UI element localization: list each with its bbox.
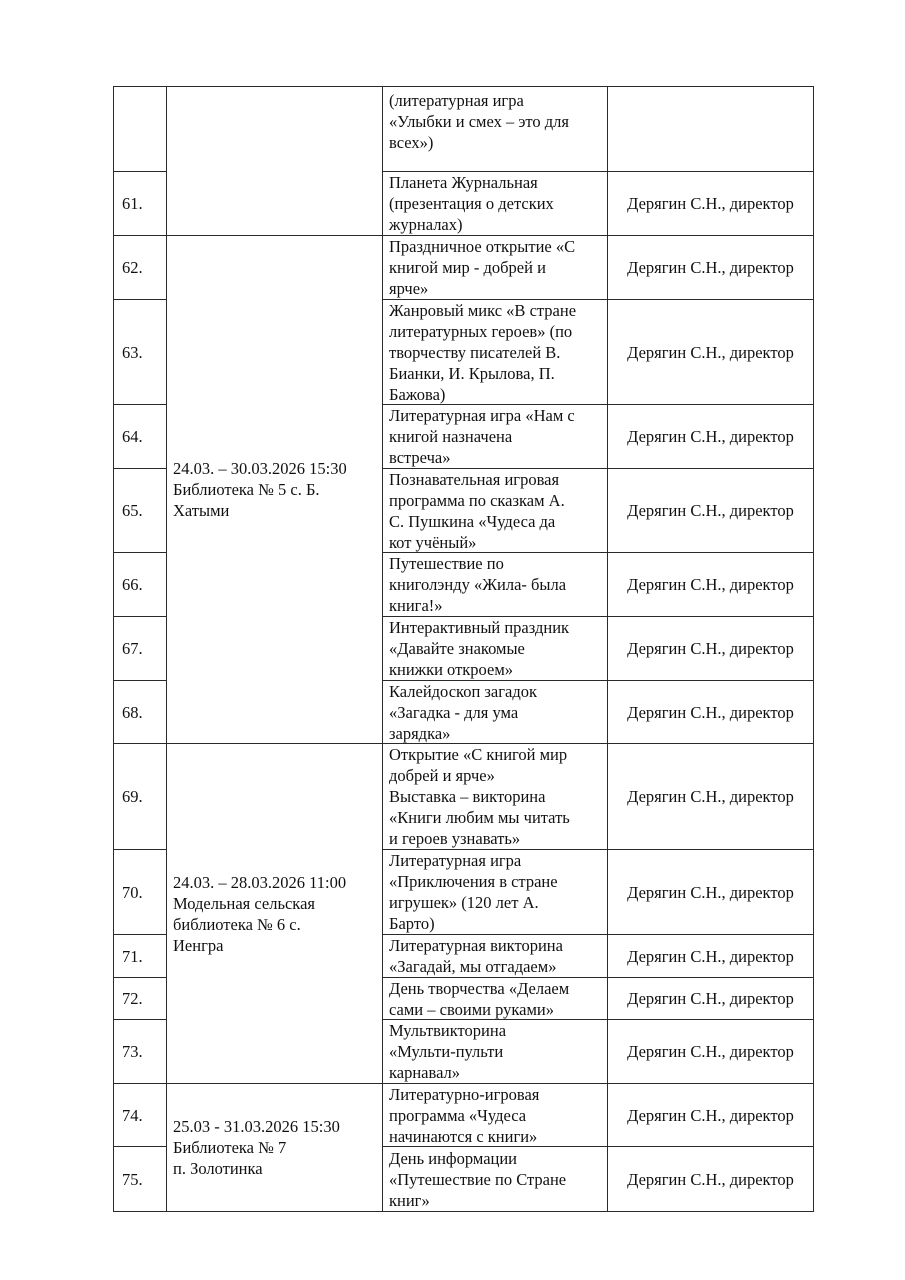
responsible-cell: Дерягин С.Н., директор [607, 1146, 814, 1212]
event-cell-text: Калейдоскоп загадок «Загадка - для ума з… [389, 681, 537, 744]
place-date-cell-text: 25.03 - 31.03.2026 15:30 Библиотека № 7 … [173, 1116, 340, 1179]
event-cell-text: Планета Журнальная (презентация о детски… [389, 172, 554, 235]
responsible-cell: Дерягин С.Н., директор [607, 171, 814, 236]
event-cell-text: Литературная викторина «Загадай, мы отга… [389, 935, 563, 977]
responsible-cell: Дерягин С.Н., директор [607, 235, 814, 300]
event-cell: Мультвикторина «Мульти-пульти карнавал» [382, 1019, 608, 1084]
event-cell-text: Мультвикторина «Мульти-пульти карнавал» [389, 1020, 506, 1083]
row-number-cell-text: 75. [122, 1169, 143, 1190]
event-cell: Литературно-игровая программа «Чудеса на… [382, 1083, 608, 1147]
event-cell-text: День информации «Путешествие по Стране к… [389, 1148, 566, 1211]
event-cell-text: Познавательная игровая программа по сказ… [389, 469, 565, 553]
event-cell: Литературная игра «Нам с книгой назначен… [382, 404, 608, 469]
row-number-cell [113, 86, 167, 172]
event-cell: Литературная игра «Приключения в стране … [382, 849, 608, 935]
responsible-cell: Дерягин С.Н., директор [607, 1019, 814, 1084]
row-number-cell: 73. [113, 1019, 167, 1084]
event-cell: Открытие «С книгой мир добрей и ярче» Вы… [382, 743, 608, 850]
event-cell: Планета Журнальная (презентация о детски… [382, 171, 608, 236]
responsible-cell: Дерягин С.Н., директор [607, 616, 814, 681]
event-cell: Путешествие по книголэнду «Жила- была кн… [382, 552, 608, 617]
event-cell: Жанровый микс «В стране литературных гер… [382, 299, 608, 405]
responsible-cell: Дерягин С.Н., директор [607, 977, 814, 1020]
event-cell: Калейдоскоп загадок «Загадка - для ума з… [382, 680, 608, 744]
place-date-cell-text: 24.03. – 30.03.2026 15:30 Библиотека № 5… [173, 458, 347, 521]
responsible-cell [607, 86, 814, 172]
row-number-cell-text: 63. [122, 342, 143, 363]
place-date-cell-text: 24.03. – 28.03.2026 11:00 Модельная сель… [173, 872, 346, 956]
responsible-cell-text: Дерягин С.Н., директор [627, 638, 794, 659]
responsible-cell-text: Дерягин С.Н., директор [627, 1169, 794, 1190]
row-number-cell: 75. [113, 1146, 167, 1212]
responsible-cell: Дерягин С.Н., директор [607, 404, 814, 469]
responsible-cell: Дерягин С.Н., директор [607, 934, 814, 978]
responsible-cell: Дерягин С.Н., директор [607, 1083, 814, 1147]
responsible-cell-text: Дерягин С.Н., директор [627, 574, 794, 595]
responsible-cell-text: Дерягин С.Н., директор [627, 702, 794, 723]
row-number-cell-text: 68. [122, 702, 143, 723]
event-cell-text: Путешествие по книголэнду «Жила- была кн… [389, 553, 566, 616]
row-number-cell: 74. [113, 1083, 167, 1147]
event-cell: (литературная игра «Улыбки и смех – это … [382, 86, 608, 172]
event-cell-text: Интерактивный праздник «Давайте знакомые… [389, 617, 569, 680]
event-cell: Познавательная игровая программа по сказ… [382, 468, 608, 553]
responsible-cell-text: Дерягин С.Н., директор [627, 342, 794, 363]
responsible-cell: Дерягин С.Н., директор [607, 849, 814, 935]
row-number-cell: 67. [113, 616, 167, 681]
place-date-cell: 24.03. – 28.03.2026 11:00 Модельная сель… [166, 743, 383, 1084]
row-number-cell-text: 64. [122, 426, 143, 447]
event-cell-text: Литературно-игровая программа «Чудеса на… [389, 1084, 539, 1147]
row-number-cell-text: 70. [122, 882, 143, 903]
event-cell: День творчества «Делаем сами – своими ру… [382, 977, 608, 1020]
responsible-cell: Дерягин С.Н., директор [607, 552, 814, 617]
responsible-cell-text: Дерягин С.Н., директор [627, 786, 794, 807]
responsible-cell: Дерягин С.Н., директор [607, 743, 814, 850]
row-number-cell: 63. [113, 299, 167, 405]
row-number-cell-text: 73. [122, 1041, 143, 1062]
row-number-cell: 61. [113, 171, 167, 236]
responsible-cell-text: Дерягин С.Н., директор [627, 1105, 794, 1126]
row-number-cell: 69. [113, 743, 167, 850]
row-number-cell: 71. [113, 934, 167, 978]
row-number-cell: 66. [113, 552, 167, 617]
event-cell: Литературная викторина «Загадай, мы отга… [382, 934, 608, 978]
responsible-cell: Дерягин С.Н., директор [607, 468, 814, 553]
event-cell: Интерактивный праздник «Давайте знакомые… [382, 616, 608, 681]
row-number-cell-text: 65. [122, 500, 143, 521]
row-number-cell-text: 61. [122, 193, 143, 214]
event-cell: День информации «Путешествие по Стране к… [382, 1146, 608, 1212]
row-number-cell: 65. [113, 468, 167, 553]
row-number-cell-text: 66. [122, 574, 143, 595]
row-number-cell: 70. [113, 849, 167, 935]
responsible-cell-text: Дерягин С.Н., директор [627, 882, 794, 903]
responsible-cell-text: Дерягин С.Н., директор [627, 257, 794, 278]
responsible-cell: Дерягин С.Н., директор [607, 680, 814, 744]
event-cell-text: Открытие «С книгой мир добрей и ярче» Вы… [389, 744, 570, 849]
event-cell-text: Литературная игра «Приключения в стране … [389, 850, 558, 934]
row-number-cell-text: 71. [122, 946, 143, 967]
responsible-cell: Дерягин С.Н., директор [607, 299, 814, 405]
document-page: (литературная игра «Улыбки и смех – это … [0, 0, 905, 1280]
row-number-cell-text: 67. [122, 638, 143, 659]
row-number-cell: 72. [113, 977, 167, 1020]
event-cell-text: Жанровый микс «В стране литературных гер… [389, 300, 576, 405]
row-number-cell-text: 62. [122, 257, 143, 278]
responsible-cell-text: Дерягин С.Н., директор [627, 193, 794, 214]
place-date-cell: 25.03 - 31.03.2026 15:30 Библиотека № 7 … [166, 1083, 383, 1212]
event-cell: Праздничное открытие «С книгой мир - доб… [382, 235, 608, 300]
responsible-cell-text: Дерягин С.Н., директор [627, 988, 794, 1009]
event-cell-text: Литературная игра «Нам с книгой назначен… [389, 405, 575, 468]
responsible-cell-text: Дерягин С.Н., директор [627, 946, 794, 967]
event-cell-text: День творчества «Делаем сами – своими ру… [389, 978, 569, 1020]
event-cell-text: (литературная игра «Улыбки и смех – это … [389, 90, 569, 153]
row-number-cell: 62. [113, 235, 167, 300]
row-number-cell-text: 69. [122, 786, 143, 807]
place-date-cell: 24.03. – 30.03.2026 15:30 Библиотека № 5… [166, 235, 383, 744]
row-number-cell: 68. [113, 680, 167, 744]
row-number-cell: 64. [113, 404, 167, 469]
place-date-cell [166, 86, 383, 236]
responsible-cell-text: Дерягин С.Н., директор [627, 426, 794, 447]
responsible-cell-text: Дерягин С.Н., директор [627, 500, 794, 521]
row-number-cell-text: 72. [122, 988, 143, 1009]
responsible-cell-text: Дерягин С.Н., директор [627, 1041, 794, 1062]
event-cell-text: Праздничное открытие «С книгой мир - доб… [389, 236, 575, 299]
row-number-cell-text: 74. [122, 1105, 143, 1126]
